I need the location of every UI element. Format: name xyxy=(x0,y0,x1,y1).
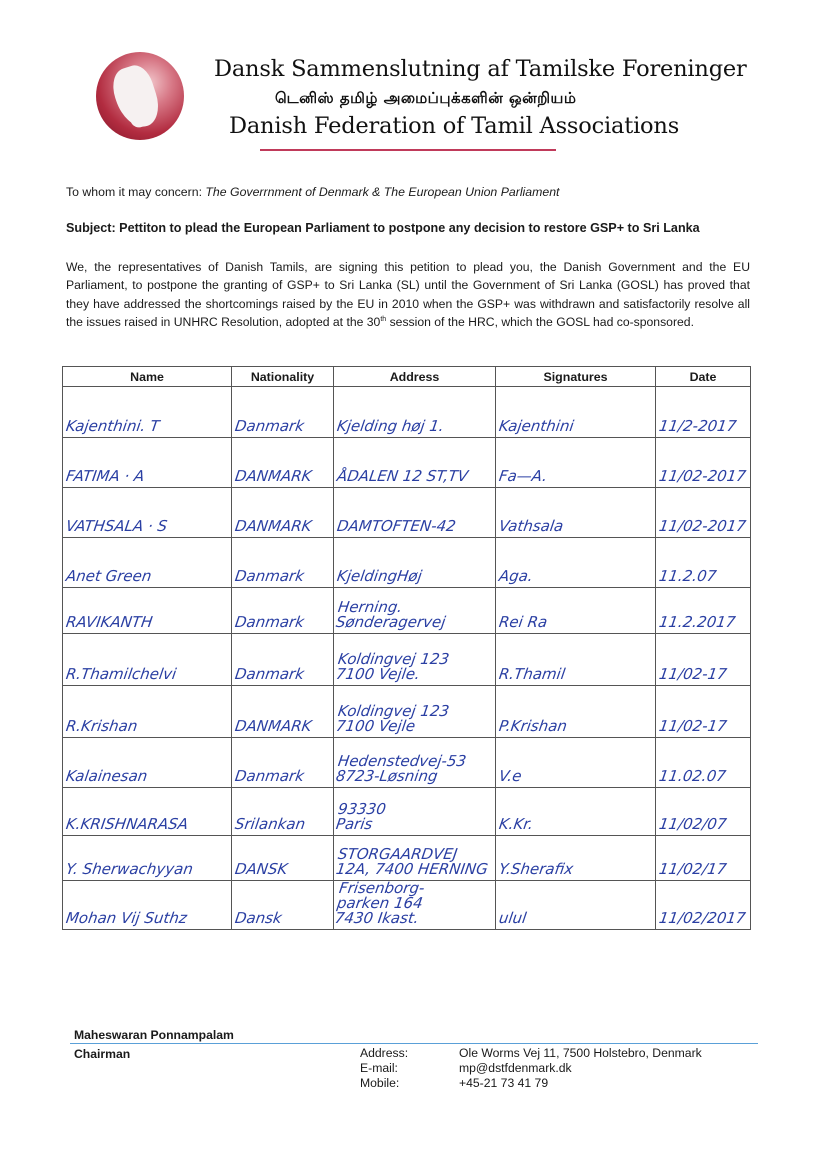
cell-address: DAMTOFTEN-42 xyxy=(334,488,496,538)
cell-nationality: Dansk xyxy=(232,881,334,930)
handwritten-date: 11.02.07 xyxy=(658,769,727,784)
handwritten-signature: R.Thamil xyxy=(498,667,566,682)
contact-row: Address:Ole Worms Vej 11, 7500 Holstebro… xyxy=(360,1046,702,1061)
table-row: R.KrishanDANMARKKoldingvej 123 7100 Vejl… xyxy=(63,686,751,738)
table-header-row: NameNationalityAddressSignaturesDate xyxy=(63,367,751,387)
handwritten-signature: V.e xyxy=(498,769,523,784)
cell-nationality: Danmark xyxy=(232,738,334,788)
cell-date: 11.2.07 xyxy=(656,538,751,588)
handwritten-nationality: Danmark xyxy=(234,615,305,630)
org-name-danish: Dansk Sammenslutning af Tamilske Forenin… xyxy=(214,56,747,82)
letterhead-divider xyxy=(260,149,556,151)
cell-address: ÅDALEN 12 ST,TV xyxy=(334,438,496,488)
petition-body: We, the representatives of Danish Tamils… xyxy=(66,258,750,331)
cell-nationality: Danmark xyxy=(232,387,334,438)
signature-table: NameNationalityAddressSignaturesDate Kaj… xyxy=(62,366,751,930)
cell-address: KjeldingHøj xyxy=(334,538,496,588)
salutation: To whom it may concern: The Goverrnment … xyxy=(66,185,559,199)
handwritten-address: ÅDALEN 12 ST,TV xyxy=(336,469,469,484)
org-name-tamil: டெனிஸ் தமிழ் அமைப்புக்களின் ஒன்றியம் xyxy=(275,89,576,109)
handwritten-name: VATHSALA · S xyxy=(65,519,168,534)
cell-signature: V.e xyxy=(496,738,656,788)
handwritten-signature: Kajenthini xyxy=(498,419,575,434)
cell-nationality: Danmark xyxy=(232,634,334,686)
cell-date: 11/02-2017 xyxy=(656,438,751,488)
handwritten-address: Herning. Sønderagervej xyxy=(335,600,449,630)
handwritten-signature: Fa—A. xyxy=(498,469,548,484)
cell-signature: K.Kr. xyxy=(496,788,656,836)
cell-nationality: DANMARK xyxy=(232,686,334,738)
table-row: Y. SherwachyyanDANSKSTORGAARDVEJ 12A, 74… xyxy=(63,836,751,881)
handwritten-signature: K.Kr. xyxy=(498,817,534,832)
cell-address: Kjelding høj 1. xyxy=(334,387,496,438)
handwritten-signature: Vathsala xyxy=(498,519,564,534)
cell-nationality: Danmark xyxy=(232,538,334,588)
table-row: K.KRISHNARASASrilankan93330 ParisK.Kr.11… xyxy=(63,788,751,836)
handwritten-nationality: DANMARK xyxy=(234,469,313,484)
handwritten-date: 11/2-2017 xyxy=(658,419,737,434)
handwritten-nationality: Srilankan xyxy=(234,817,306,832)
cell-date: 11/02/17 xyxy=(656,836,751,881)
handwritten-address: STORGAARDVEJ 12A, 7400 HERNING xyxy=(335,847,491,877)
handwritten-address: KjeldingHøj xyxy=(336,569,423,584)
cell-address: Frisenborg- parken 164 7430 Ikast. xyxy=(334,881,496,930)
globe-logo-icon xyxy=(96,52,184,140)
handwritten-nationality: DANMARK xyxy=(234,519,313,534)
cell-address: Koldingvej 123 7100 Vejle xyxy=(334,686,496,738)
handwritten-name: R.Thamilchelvi xyxy=(65,667,177,682)
handwritten-date: 11/02-2017 xyxy=(658,519,747,534)
handwritten-address: 93330 Paris xyxy=(335,802,387,832)
contact-row: Mobile:+45-21 73 41 79 xyxy=(360,1076,702,1091)
handwritten-date: 11/02-2017 xyxy=(658,469,747,484)
handwritten-nationality: DANMARK xyxy=(234,719,313,734)
handwritten-signature: ulul xyxy=(498,911,527,926)
handwritten-date: 11/02-17 xyxy=(658,667,728,682)
signatory-title: Chairman xyxy=(74,1047,130,1061)
table-row: RAVIKANTHDanmarkHerning. SønderagervejRe… xyxy=(63,588,751,634)
handwritten-date: 11/02/17 xyxy=(658,862,727,877)
handwritten-date: 11/02/07 xyxy=(658,817,727,832)
salutation-label: To whom it may concern: xyxy=(66,185,205,199)
handwritten-nationality: Danmark xyxy=(234,419,305,434)
cell-address: Herning. Sønderagervej xyxy=(334,588,496,634)
handwritten-nationality: Danmark xyxy=(234,769,305,784)
contact-label: E-mail: xyxy=(360,1061,459,1076)
cell-address: 93330 Paris xyxy=(334,788,496,836)
signatory-name: Maheswaran Ponnampalam xyxy=(74,1028,234,1042)
cell-signature: Aga. xyxy=(496,538,656,588)
handwritten-address: Koldingvej 123 7100 Vejle xyxy=(335,704,450,734)
cell-nationality: DANMARK xyxy=(232,438,334,488)
contact-label: Mobile: xyxy=(360,1076,459,1091)
handwritten-address: Koldingvej 123 7100 Vejle. xyxy=(335,652,450,682)
cell-address: STORGAARDVEJ 12A, 7400 HERNING xyxy=(334,836,496,881)
column-header-name: Name xyxy=(63,367,232,387)
contact-value: mp@dstfdenmark.dk xyxy=(459,1061,572,1076)
handwritten-name: Kajenthini. T xyxy=(65,419,160,434)
table-row: KalainesanDanmarkHedenstedvej-53 8723-Lø… xyxy=(63,738,751,788)
column-header-nationality: Nationality xyxy=(232,367,334,387)
handwritten-nationality: DANSK xyxy=(234,862,288,877)
cell-name: K.KRISHNARASA xyxy=(63,788,232,836)
table-row: FATIMA · ADANMARKÅDALEN 12 ST,TVFa—A.11/… xyxy=(63,438,751,488)
cell-name: FATIMA · A xyxy=(63,438,232,488)
handwritten-nationality: Danmark xyxy=(234,569,305,584)
cell-name: VATHSALA · S xyxy=(63,488,232,538)
cell-signature: Fa—A. xyxy=(496,438,656,488)
handwritten-name: Anet Green xyxy=(65,569,153,584)
handwritten-address: Kjelding høj 1. xyxy=(336,419,445,434)
cell-name: Y. Sherwachyyan xyxy=(63,836,232,881)
table-row: Mohan Vij SuthzDanskFrisenborg- parken 1… xyxy=(63,881,751,930)
cell-nationality: DANSK xyxy=(232,836,334,881)
cell-name: Kajenthini. T xyxy=(63,387,232,438)
handwritten-date: 11/02-17 xyxy=(658,719,728,734)
cell-date: 11/2-2017 xyxy=(656,387,751,438)
handwritten-date: 11/02/2017 xyxy=(658,911,747,926)
org-name-english: Danish Federation of Tamil Associations xyxy=(229,113,679,139)
handwritten-address: DAMTOFTEN-42 xyxy=(336,519,457,534)
cell-date: 11/02-17 xyxy=(656,686,751,738)
handwritten-address: Frisenborg- parken 164 7430 Ikast. xyxy=(334,881,426,926)
handwritten-name: K.KRISHNARASA xyxy=(65,817,189,832)
body-text: session of the HRC, which the GOSL had c… xyxy=(386,315,694,329)
cell-name: Mohan Vij Suthz xyxy=(63,881,232,930)
cell-name: R.Thamilchelvi xyxy=(63,634,232,686)
table-row: Kajenthini. TDanmarkKjelding høj 1.Kajen… xyxy=(63,387,751,438)
cell-date: 11.02.07 xyxy=(656,738,751,788)
cell-address: Hedenstedvej-53 8723-Løsning xyxy=(334,738,496,788)
handwritten-signature: Rei Ra xyxy=(498,615,548,630)
contact-value: Ole Worms Vej 11, 7500 Holstebro, Denmar… xyxy=(459,1046,702,1061)
cell-date: 11.2.2017 xyxy=(656,588,751,634)
contact-value: +45-21 73 41 79 xyxy=(459,1076,548,1091)
cell-signature: Kajenthini xyxy=(496,387,656,438)
handwritten-date: 11.2.2017 xyxy=(658,615,736,630)
cell-signature: P.Krishan xyxy=(496,686,656,738)
cell-nationality: Srilankan xyxy=(232,788,334,836)
handwritten-name: Mohan Vij Suthz xyxy=(65,911,188,926)
handwritten-signature: Aga. xyxy=(498,569,534,584)
cell-name: RAVIKANTH xyxy=(63,588,232,634)
cell-signature: Rei Ra xyxy=(496,588,656,634)
cell-name: Kalainesan xyxy=(63,738,232,788)
handwritten-name: Kalainesan xyxy=(65,769,148,784)
cell-signature: Vathsala xyxy=(496,488,656,538)
cell-date: 11/02-2017 xyxy=(656,488,751,538)
cell-name: R.Krishan xyxy=(63,686,232,738)
cell-date: 11/02/07 xyxy=(656,788,751,836)
handwritten-name: RAVIKANTH xyxy=(65,615,153,630)
table-row: Anet GreenDanmarkKjeldingHøjAga.11.2.07 xyxy=(63,538,751,588)
cell-signature: R.Thamil xyxy=(496,634,656,686)
cell-name: Anet Green xyxy=(63,538,232,588)
subject-line: Subject: Pettiton to plead the European … xyxy=(66,221,700,235)
column-header-date: Date xyxy=(656,367,751,387)
handwritten-address: Hedenstedvej-53 8723-Løsning xyxy=(335,754,467,784)
handwritten-date: 11.2.07 xyxy=(658,569,717,584)
column-header-address: Address xyxy=(334,367,496,387)
cell-date: 11/02-17 xyxy=(656,634,751,686)
handwritten-name: Y. Sherwachyyan xyxy=(65,862,194,877)
cell-address: Koldingvej 123 7100 Vejle. xyxy=(334,634,496,686)
handwritten-signature: Y.Sherafix xyxy=(498,862,574,877)
contact-block: Address:Ole Worms Vej 11, 7500 Holstebro… xyxy=(360,1046,702,1092)
cell-nationality: Danmark xyxy=(232,588,334,634)
handwritten-name: R.Krishan xyxy=(65,719,138,734)
handwritten-name: FATIMA · A xyxy=(65,469,145,484)
column-header-signatures: Signatures xyxy=(496,367,656,387)
table-row: R.ThamilchelviDanmarkKoldingvej 123 7100… xyxy=(63,634,751,686)
cell-nationality: DANMARK xyxy=(232,488,334,538)
cell-signature: ulul xyxy=(496,881,656,930)
contact-label: Address: xyxy=(360,1046,459,1061)
table-row: VATHSALA · SDANMARKDAMTOFTEN-42Vathsala1… xyxy=(63,488,751,538)
cell-date: 11/02/2017 xyxy=(656,881,751,930)
handwritten-signature: P.Krishan xyxy=(498,719,568,734)
cell-signature: Y.Sherafix xyxy=(496,836,656,881)
salutation-recipients: The Goverrnment of Denmark & The Europea… xyxy=(205,185,559,199)
contact-row: E-mail:mp@dstfdenmark.dk xyxy=(360,1061,702,1076)
handwritten-nationality: Danmark xyxy=(234,667,305,682)
handwritten-nationality: Dansk xyxy=(234,911,283,926)
footer-divider xyxy=(70,1043,758,1044)
